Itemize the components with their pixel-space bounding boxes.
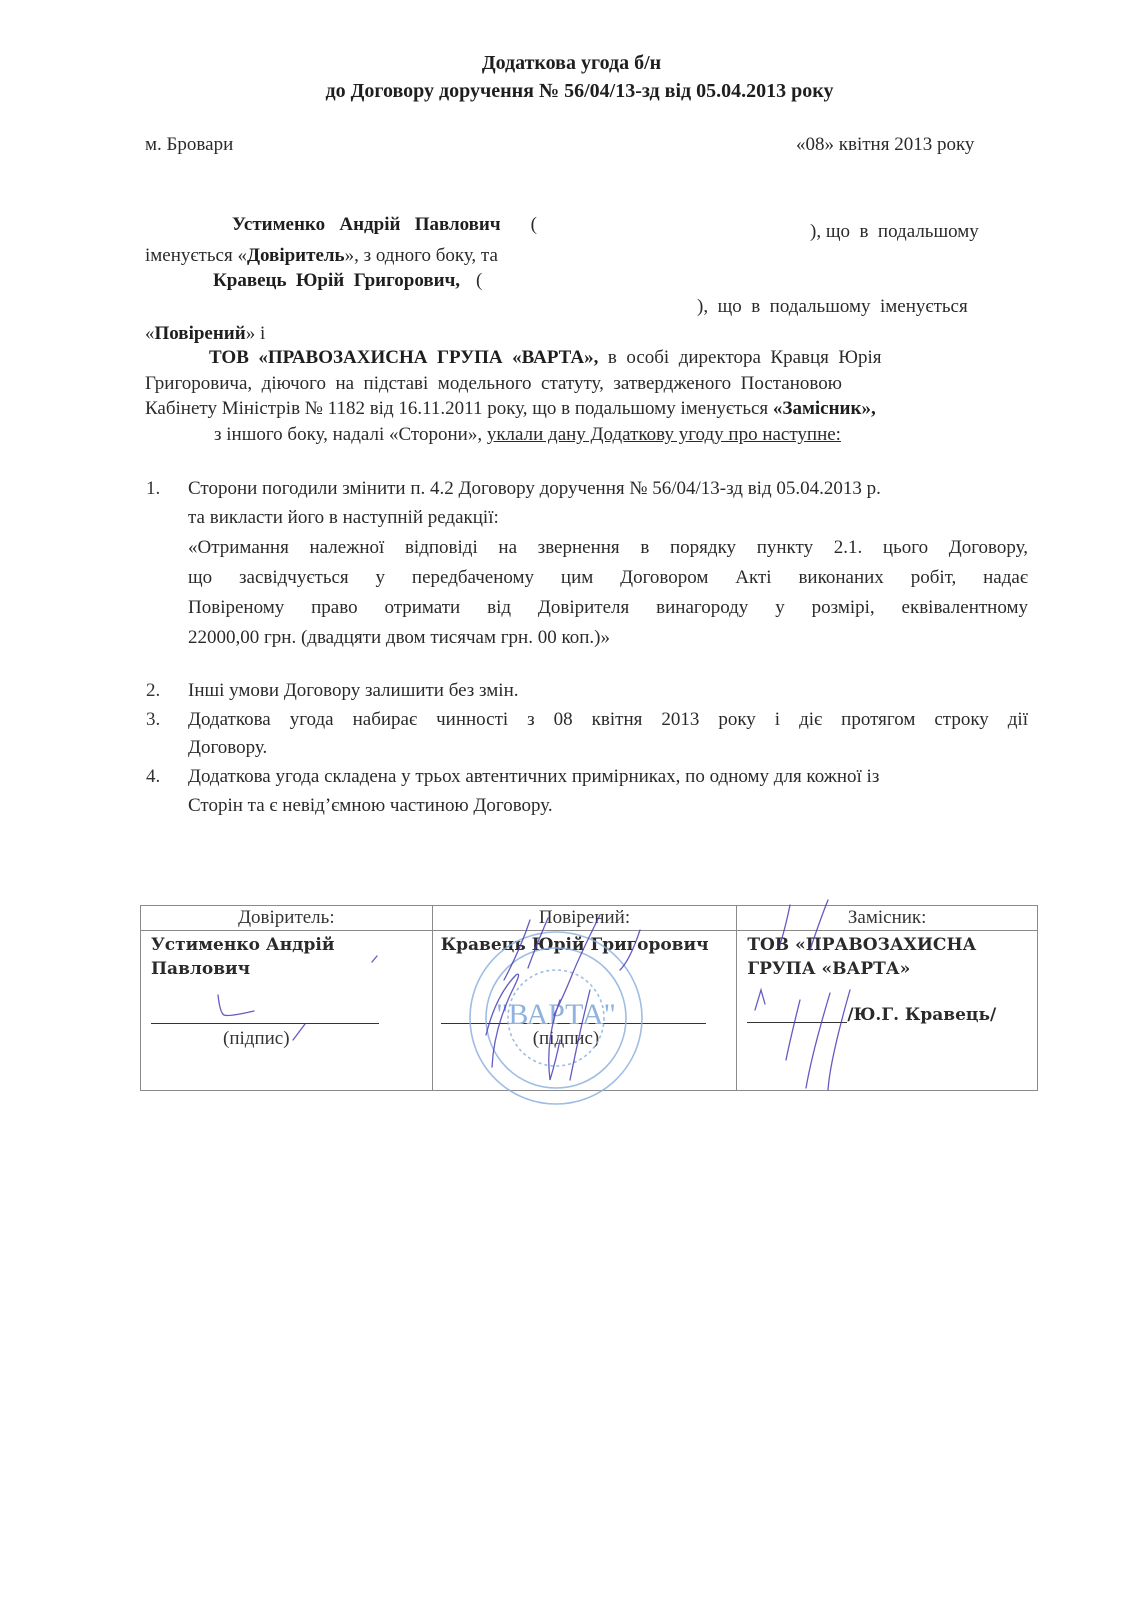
document-page: Додаткова угода б/н до Договору дорученн… (0, 0, 1131, 1600)
attorney-name: Кравець Юрій Григорович, (213, 270, 460, 291)
clause-number: 1. (146, 478, 160, 500)
deputy-cell: ТОВ «ПРАВОЗАХИСНА ГРУПА «ВАРТА» /Ю.Г. Кр… (737, 931, 1038, 1091)
clause-2-line: Інші умови Договору залишити без змін. (188, 680, 519, 702)
clause-1-line: Повіреному право отримати від Довірителя… (188, 597, 1028, 619)
company-line-3-text: Кабінету Міністрів № 1182 від 16.11.2011… (145, 398, 773, 419)
signature-caption: (підпис) (533, 1028, 600, 1050)
clause-4-line: Сторін та є невід’ємною частиною Договор… (188, 795, 553, 817)
principal-cell: Устименко Андрій Павлович (підпис) (141, 931, 433, 1091)
deputy-signatory: ТОВ «ПРАВОЗАХИСНА ГРУПА «ВАРТА» (747, 933, 976, 981)
signature-table: Довіритель: Повірений: Замісник: Устимен… (140, 905, 1038, 1091)
company-line-2: Григоровича, діючого на підставі модельн… (145, 373, 842, 395)
header-principal: Довіритель: (141, 906, 433, 931)
role-suffix: », з одного боку, та (345, 245, 498, 266)
principal-signatory: Устименко Андрій Павлович (151, 933, 334, 981)
principal-role-line: іменується «Довіритель», з одного боку, … (145, 245, 498, 267)
closing-prefix: з іншого боку, надалі «Сторони», (214, 424, 487, 445)
company-role: «Замісник», (773, 398, 876, 419)
clause-3-line: Додаткова угода набирає чинності з 08 кв… (188, 709, 1028, 731)
document-subtitle: до Договору доручення № 56/04/13-зд від … (14, 80, 1131, 103)
company-line-1-rest: в особі директора Кравця Юрія (608, 347, 882, 368)
attorney-cell: Кравець Юрій Григорович (підпис) (432, 931, 737, 1091)
role-prefix: іменується « (145, 245, 247, 266)
signature-line (441, 1023, 706, 1024)
header-deputy: Замісник: (737, 906, 1038, 931)
company-name: ТОВ «ПРАВОЗАХИСНА ГРУПА «ВАРТА», (209, 347, 598, 368)
closing-underlined: уклали дану Додаткову угоду про наступне… (487, 424, 841, 445)
signatory-name: Устименко Андрій (151, 933, 334, 957)
company-line-3: Кабінету Міністрів № 1182 від 16.11.2011… (145, 398, 876, 420)
clause-4-line: Додаткова угода складена у трьох автенти… (188, 766, 879, 788)
attorney-role: Повірений (155, 323, 246, 344)
clause-number: 4. (146, 766, 160, 788)
principal-name: Устименко Андрій Павлович (232, 214, 501, 235)
attorney-close: ), що в подальшому іменується (697, 296, 968, 318)
clause-number: 3. (146, 709, 160, 731)
clause-1-line: 22000,00 грн. (двадцяти двом тисячам грн… (188, 627, 610, 649)
principal-close: ), що в подальшому (810, 221, 979, 243)
signatory-name: Павлович (151, 957, 334, 981)
attorney-signatory: Кравець Юрій Григорович (441, 933, 709, 957)
clause-1-line: Сторони погодили змінити п. 4.2 Договору… (188, 478, 881, 500)
signatory-name: Кравець Юрій Григорович (441, 933, 709, 957)
clause-1-line: та викласти його в наступній редакції: (188, 507, 499, 529)
attorney-intro: Кравець Юрій Григорович,( (213, 270, 482, 292)
header-attorney: Повірений: (432, 906, 737, 931)
attorney-role-line: «Повірений» і (145, 323, 265, 345)
role-prefix: « (145, 323, 155, 344)
signature-line (747, 1022, 847, 1023)
clause-3-line: Договору. (188, 737, 267, 759)
company-line-1: ТОВ «ПРАВОЗАХИСНА ГРУПА «ВАРТА», в особі… (209, 347, 881, 369)
signatory-name: ГРУПА «ВАРТА» (747, 957, 976, 981)
role-suffix: » і (246, 323, 266, 344)
parties-closing: з іншого боку, надалі «Сторони», уклали … (214, 424, 841, 446)
attorney-open-paren: ( (476, 270, 482, 291)
clause-number: 2. (146, 680, 160, 702)
city: м. Бровари (145, 134, 233, 156)
principal-open-paren: ( (531, 214, 537, 235)
signatory-name: ТОВ «ПРАВОЗАХИСНА (747, 933, 976, 957)
deputy-signed-as: /Ю.Г. Кравець/ (847, 1003, 996, 1027)
document-title: Додаткова угода б/н (6, 52, 1131, 75)
clause-1-line: «Отримання належної відповіді на звернен… (188, 537, 1028, 559)
date: «08» квітня 2013 року (796, 134, 974, 156)
signature-line (151, 1023, 379, 1024)
principal-role: Довіритель (247, 245, 345, 266)
clause-1-line: що засвідчується у передбаченому цим Дог… (188, 567, 1028, 589)
signature-caption: (підпис) (223, 1028, 290, 1050)
